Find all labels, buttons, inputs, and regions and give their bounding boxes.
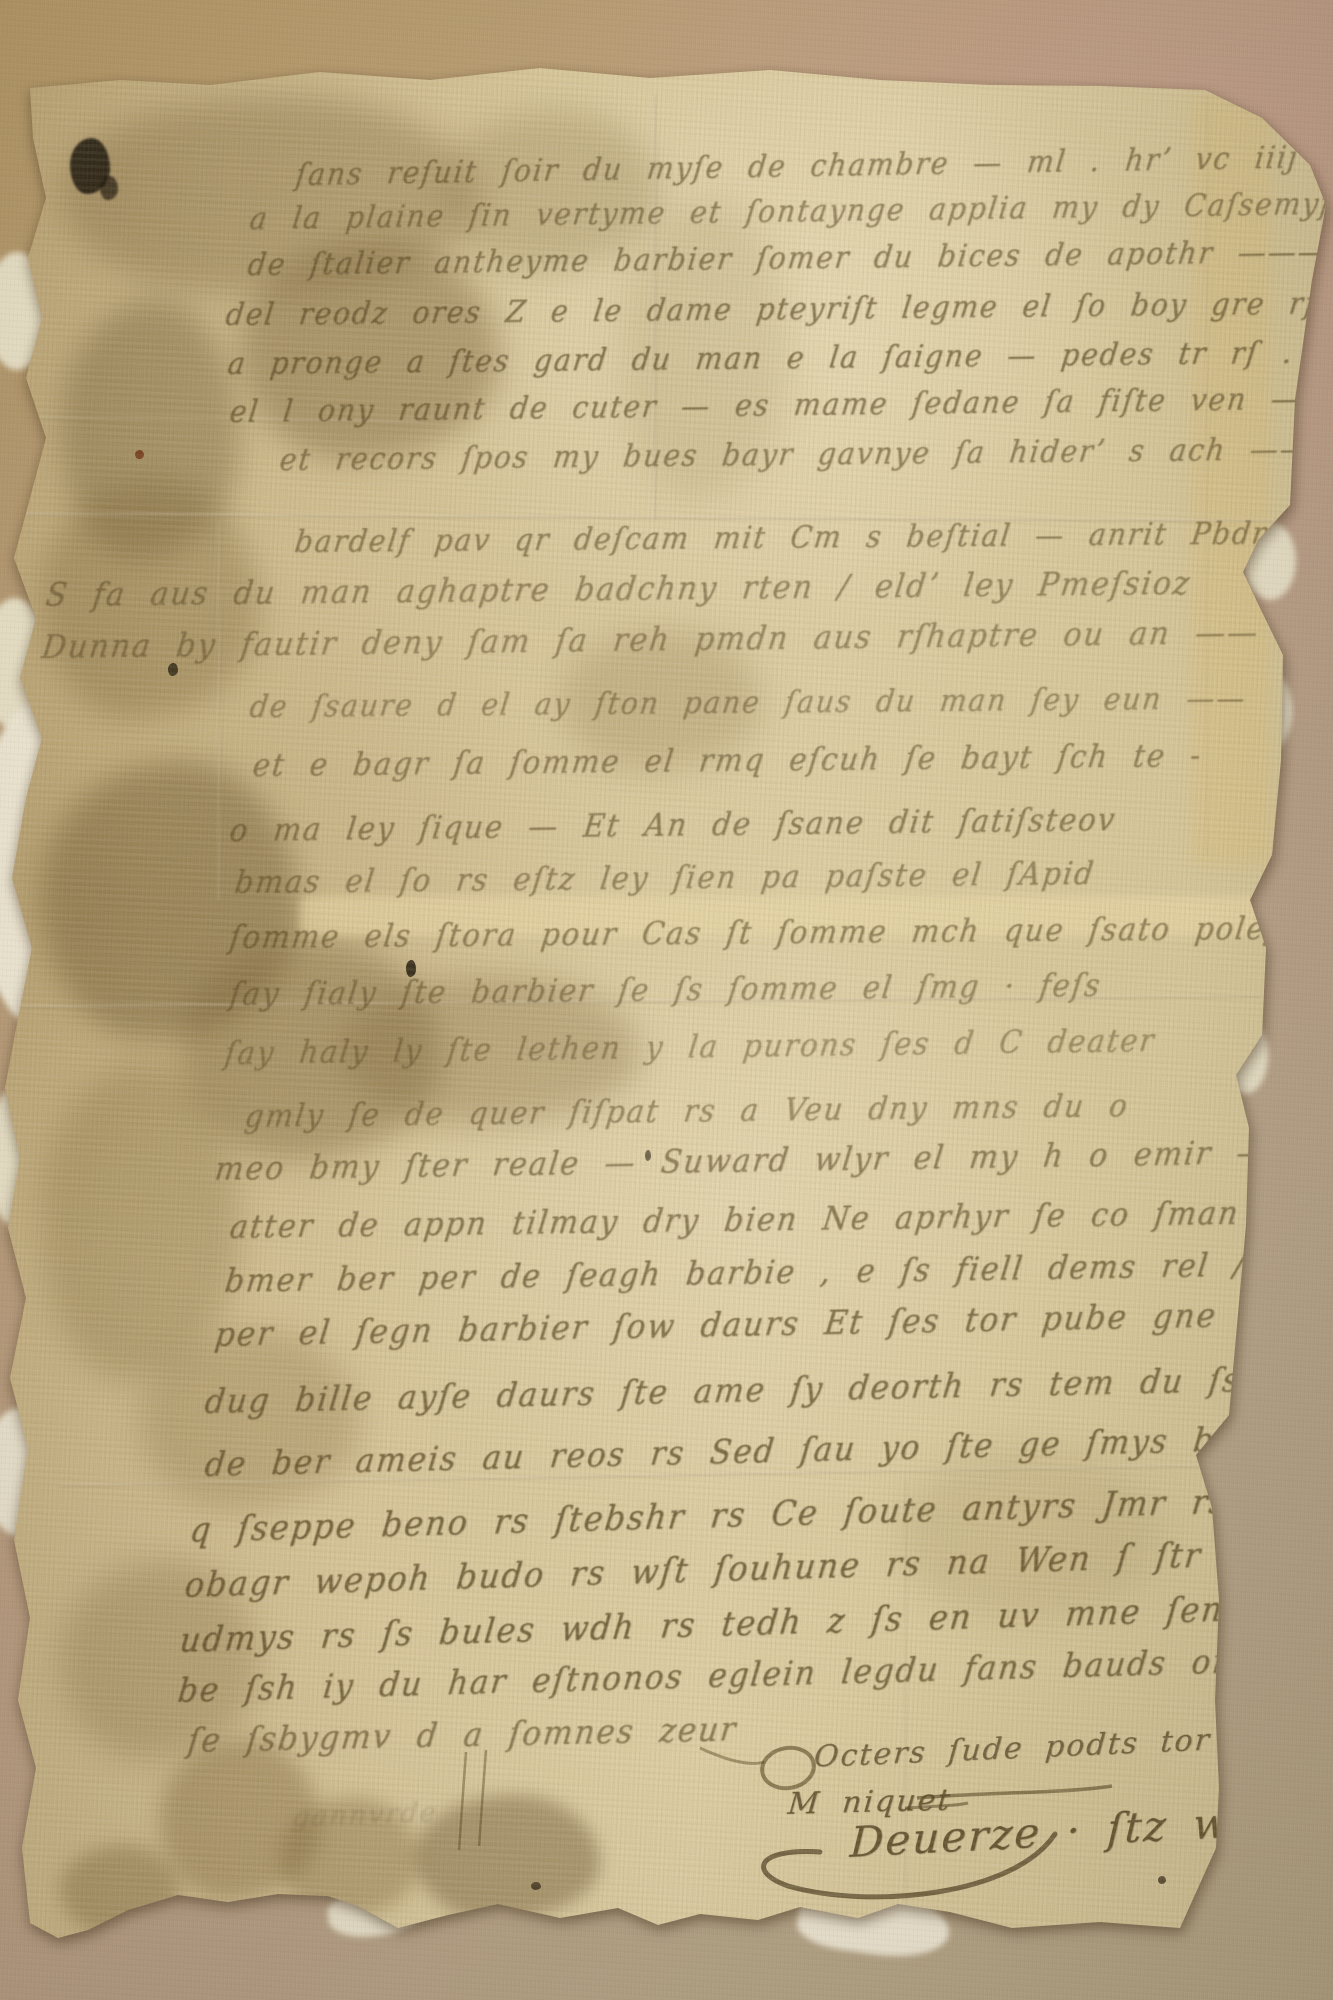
stain [40,1060,240,1380]
manuscript-line: et e bagr ſa ſomme el rmq eſcuh ſe bayt … [251,737,1205,784]
manuscript-line: bmer ber per de ſeagh barbie , e ſs fiel… [223,1244,1333,1300]
paper-sheet: ſans reſuit ſoir du myſe de chambre — ml… [0,0,1333,2000]
stain [415,1795,600,1920]
manuscript-line: bardelf pav qr deſcam mit Cm s beſtial —… [293,515,1333,560]
manuscript-line: ſomme els ſtora pour Cas ſt ſomme mch qu… [228,909,1287,955]
manuscript-line: o ma ley ſique — Et An de ſsane dit ſati… [228,801,1119,849]
oval-flourish [759,1744,817,1792]
speck [531,1882,541,1890]
paper-shadow-wrapper: ſans reſuit ſoir du myſe de chambre — ml… [0,0,1333,2000]
signature-attestation: Octers ſude podts tor Juy [813,1719,1288,1775]
manuscript-line: atter de appn tilmay dry bien Ne aprhyr … [228,1193,1331,1246]
faded-note: gannvrde [290,1797,439,1833]
ink-blot [100,176,118,200]
stain [60,1845,180,1935]
manuscript-line: per el ſegn barbier ſow daurs Et ſes tor… [213,1295,1277,1354]
manuscript-line: bmas el ſo rs eſtz ley ſien pa paſste el… [233,855,1098,901]
manuscript-line: ſay ſialy ſte barbier ſe ſs ſomme el ſmg… [228,966,1104,1012]
manuscript-line: dug bille ayſe daurs ſte ame ſy deorth r… [203,1360,1263,1421]
speck [1158,1876,1166,1884]
manuscript-line: ſe ſsbygmv d a ſomnes zeur [186,1710,740,1760]
manuscript-line: de ſsaure d el ay ſton pane ſaus du man … [248,680,1249,724]
manuscript-photo: ſans reſuit ſoir du myſe de chambre — ml… [0,0,1333,2000]
speck [168,663,178,676]
connector-stroke [700,1748,764,1763]
speck [135,450,144,459]
